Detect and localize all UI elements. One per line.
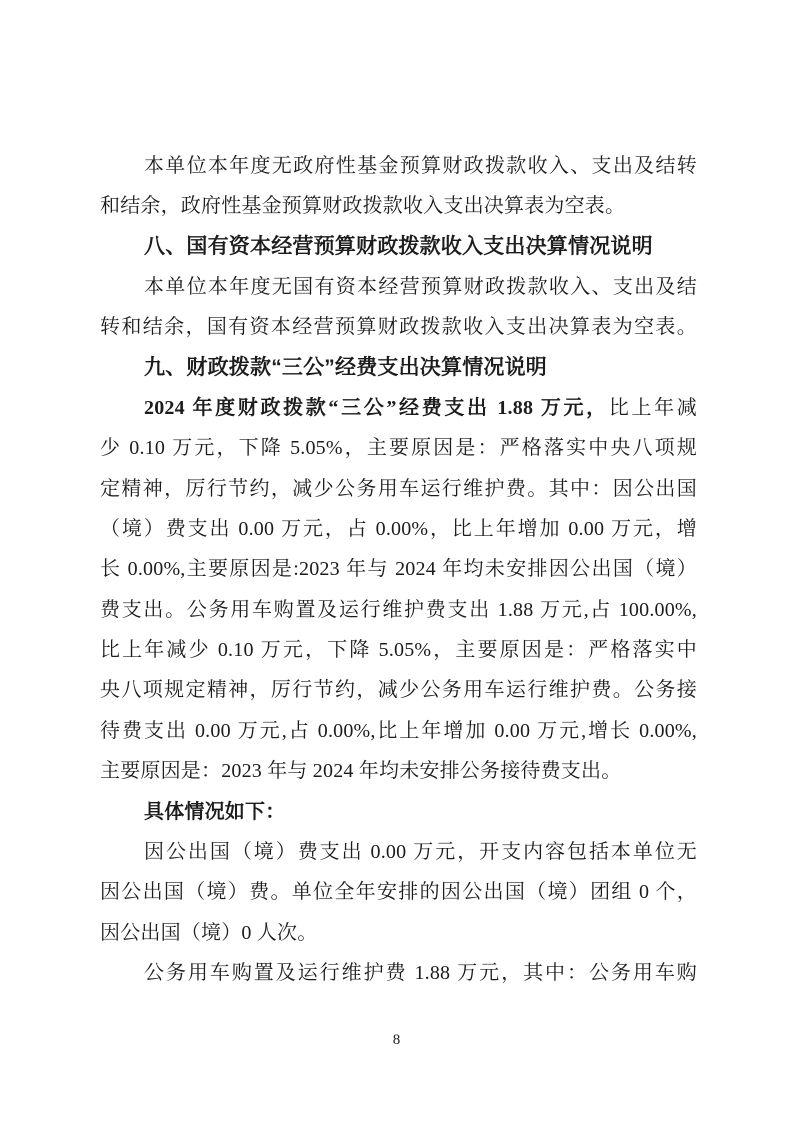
text-line: 八、国有资本经营预算财政拨款收入支出决算情况说明 <box>100 227 697 267</box>
text-line: 因公出国（境）费支出 0.00 万元，开支内容包括本单位无 <box>100 832 697 872</box>
body-text-run: 央八项规定精神，厉行节约，减少公务用车运行维护费。公务接 <box>100 679 697 701</box>
body-text-run: （境）费支出 0.00 万元，占 0.00%，比上年增加 0.00 万元，增 <box>100 518 697 540</box>
text-line: 本单位本年度无政府性基金预算财政拨款收入、支出及结转 <box>100 146 697 186</box>
body-text-run: 公务用车购置及运行维护费 1.88 万元，其中：公务用车购 <box>144 962 697 984</box>
body-text-run: 因公出国（境）费支出 0.00 万元，开支内容包括本单位无 <box>144 841 697 863</box>
text-line: 少 0.10 万元，下降 5.05%，主要原因是：严格落实中央八项规 <box>100 428 697 468</box>
body-text-run: 本单位本年度无国有资本经营预算财政拨款收入、支出及结 <box>144 276 697 298</box>
paragraph-vehicle-expense-detail: 公务用车购置及运行维护费 1.88 万元，其中：公务用车购 <box>100 953 697 993</box>
body-text-run: 具体情况如下： <box>144 801 285 823</box>
text-line: 长 0.00%,主要原因是:2023 年与 2024 年均未安排因公出国（境） <box>100 549 697 589</box>
page-number: 8 <box>0 1032 793 1049</box>
body-text-run: 长 0.00%,主要原因是:2023 年与 2024 年均未安排因公出国（境） <box>100 558 697 580</box>
text-line: 和结余，政府性基金预算财政拨款收入支出决算表为空表。 <box>100 186 697 226</box>
text-line: 转和结余，国有资本经营预算财政拨款收入支出决算表为空表。 <box>100 307 697 347</box>
paragraph-three-public-overview: 2024 年度财政拨款“三公”经费支出 1.88 万元，比上年减少 0.10 万… <box>100 388 697 791</box>
text-line: 因公出国（境）费。单位全年安排的因公出国（境）团组 0 个， <box>100 872 697 912</box>
text-line: 定精神，厉行节约，减少公务用车运行维护费。其中：因公出国 <box>100 469 697 509</box>
body-text-run: 定精神，厉行节约，减少公务用车运行维护费。其中：因公出国 <box>100 478 697 500</box>
text-line: 具体情况如下： <box>100 792 697 832</box>
body-text-run: 和结余，政府性基金预算财政拨款收入支出决算表为空表。 <box>100 195 625 217</box>
paragraph-gov-fund-budget: 本单位本年度无政府性基金预算财政拨款收入、支出及结转和结余，政府性基金预算财政拨… <box>100 146 697 227</box>
body-text-run: 费支出。公务用车购置及运行维护费支出 1.88 万元,占 100.00%, <box>100 599 697 621</box>
body-text-run: 转和结余，国有资本经营预算财政拨款收入支出决算表为空表。 <box>100 316 697 338</box>
text-line: 本单位本年度无国有资本经营预算财政拨款收入、支出及结 <box>100 267 697 307</box>
body-text-run: 因公出国（境）0 人次。 <box>100 922 317 944</box>
text-line: 待费支出 0.00 万元,占 0.00%,比上年增加 0.00 万元,增长 0.… <box>100 711 697 751</box>
document-page: 本单位本年度无政府性基金预算财政拨款收入、支出及结转和结余，政府性基金预算财政拨… <box>0 0 793 1122</box>
text-line: 2024 年度财政拨款“三公”经费支出 1.88 万元，比上年减 <box>100 388 697 428</box>
body-text-run: 因公出国（境）费。单位全年安排的因公出国（境）团组 0 个， <box>100 881 697 903</box>
paragraph-state-capital-budget: 本单位本年度无国有资本经营预算财政拨款收入、支出及结转和结余，国有资本经营预算财… <box>100 267 697 348</box>
body-text-run: 2024 年度财政拨款“三公”经费支出 1.88 万元， <box>144 397 609 419</box>
body-text-run: 比上年减少 0.10 万元，下降 5.05%，主要原因是：严格落实中 <box>100 639 697 661</box>
text-line: 九、财政拨款“三公”经费支出决算情况说明 <box>100 348 697 388</box>
text-line: （境）费支出 0.00 万元，占 0.00%，比上年增加 0.00 万元，增 <box>100 509 697 549</box>
body-text-run: 本单位本年度无政府性基金预算财政拨款收入、支出及结转 <box>144 155 697 177</box>
section-heading-text: 八、国有资本经营预算财政拨款收入支出决算情况说明 <box>144 235 653 258</box>
text-line: 主要原因是：2023 年与 2024 年均未安排公务接待费支出。 <box>100 751 697 791</box>
section-heading-text: 九、财政拨款“三公”经费支出决算情况说明 <box>144 356 547 379</box>
heading-section-8-state-capital: 八、国有资本经营预算财政拨款收入支出决算情况说明 <box>100 227 697 267</box>
text-body: 本单位本年度无政府性基金预算财政拨款收入、支出及结转和结余，政府性基金预算财政拨… <box>100 146 697 993</box>
body-text-run: 主要原因是：2023 年与 2024 年均未安排公务接待费支出。 <box>100 760 621 782</box>
text-line: 央八项规定精神，厉行节约，减少公务用车运行维护费。公务接 <box>100 670 697 710</box>
text-line: 比上年减少 0.10 万元，下降 5.05%，主要原因是：严格落实中 <box>100 630 697 670</box>
text-line: 费支出。公务用车购置及运行维护费支出 1.88 万元,占 100.00%, <box>100 590 697 630</box>
heading-details-follow: 具体情况如下： <box>100 792 697 832</box>
paragraph-abroad-expense-detail: 因公出国（境）费支出 0.00 万元，开支内容包括本单位无因公出国（境）费。单位… <box>100 832 697 953</box>
text-line: 公务用车购置及运行维护费 1.88 万元，其中：公务用车购 <box>100 953 697 993</box>
body-text-run: 少 0.10 万元，下降 5.05%，主要原因是：严格落实中央八项规 <box>100 437 697 459</box>
body-text-run: 待费支出 0.00 万元,占 0.00%,比上年增加 0.00 万元,增长 0.… <box>100 720 697 742</box>
body-text-run: 比上年减 <box>609 397 697 419</box>
text-line: 因公出国（境）0 人次。 <box>100 913 697 953</box>
heading-section-9-three-public: 九、财政拨款“三公”经费支出决算情况说明 <box>100 348 697 388</box>
